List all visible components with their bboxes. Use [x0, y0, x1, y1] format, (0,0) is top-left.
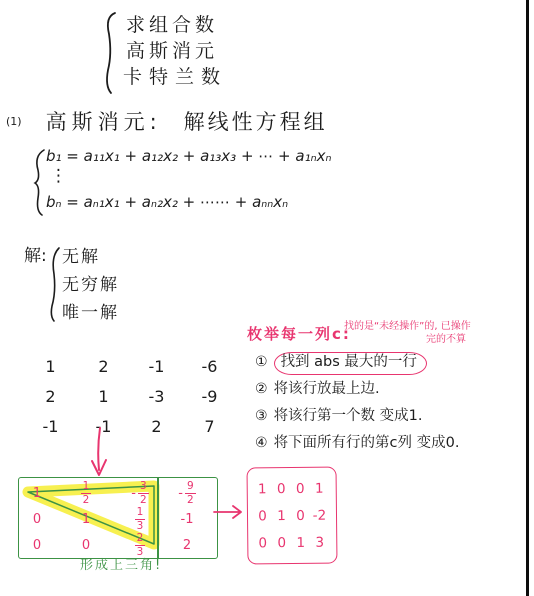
step-3: ③将该行第一个数 变成1. [255, 403, 459, 430]
solution-item: 无穷解 [62, 271, 119, 299]
matrix-cell: 2 [24, 381, 77, 411]
matrix-cell: 0 [291, 502, 310, 529]
matrix-cell: 1 [19, 480, 55, 506]
matrix-cell: 1 [272, 502, 291, 529]
matrix-cell: -1 [24, 411, 77, 441]
matrix-row: -1-127 [24, 411, 236, 441]
matrix-cell: 0 [272, 529, 291, 556]
matrix-cell: 2 [130, 411, 183, 441]
step-3-marker: ③ [255, 408, 268, 424]
matrix-cell: -2 [310, 502, 329, 529]
matrix-cell: 1 [77, 381, 130, 411]
topic-list: 求组合数 高斯消元 卡特兰数 [126, 12, 227, 90]
matrix-cell: 2 [77, 351, 130, 381]
matrix-cell: -3 [130, 381, 183, 411]
vertical-dots: ⋮ [50, 166, 67, 186]
matrix-cell: 3 [310, 529, 329, 556]
note-line-2: 完的不算 [426, 333, 471, 346]
step-4-text: 将下面所有行的第c列 变成0. [274, 435, 460, 451]
matrix-cell: -6 [183, 351, 236, 381]
matrix-original: 12-1-621-3-9-1-127 [24, 351, 236, 441]
step-4-marker: ④ [255, 435, 268, 451]
matrix-cell: -92 [163, 480, 211, 506]
solution-list: 无解 无穷解 唯一解 [62, 243, 119, 327]
procedure-note: 找的是“未经操作”的, 已操作 完的不算 [344, 320, 471, 346]
step-1: ①找到 abs 最大的一行 [255, 349, 459, 376]
equation-line-2: bₙ = aₙ₁x₁ + aₙ₂x₂ + ⋯⋯ + aₙₙxₙ [46, 193, 331, 211]
rref-matrix-box: 1001010-20013 [246, 467, 337, 565]
step-4: ④将下面所有行的第c列 变成0. [255, 430, 459, 457]
matrix-row: 0013 [253, 529, 329, 557]
matrix-row: 010-2 [253, 502, 329, 530]
matrix-row: 21-3-9 [24, 381, 236, 411]
matrix-cell: 12 [55, 480, 117, 506]
brace-solutions [47, 246, 63, 324]
matrix-cell: 0 [291, 475, 310, 502]
matrix-cell: 1 [291, 529, 310, 556]
matrix-row: 0113-1 [19, 506, 217, 532]
section-title: 高斯消元: [46, 106, 162, 136]
procedure-steps: ①找到 abs 最大的一行 ②将该行放最上边. ③将该行第一个数 变成1. ④将… [255, 349, 459, 457]
matrix-rref: 1001010-20013 [253, 475, 330, 557]
matrix-cell: -1 [163, 506, 211, 532]
matrix-cell: 2 [163, 532, 211, 558]
matrix-cell: 0 [253, 502, 272, 529]
matrix-row: 12-1-6 [24, 351, 236, 381]
triangular-matrix-box: 112-32-920113-100232 [18, 477, 218, 559]
matrix-cell: -1 [130, 351, 183, 381]
matrix-triangular: 112-32-920113-100232 [19, 480, 217, 558]
matrix-cell: 1 [55, 506, 117, 532]
matrix-cell: 0 [272, 475, 291, 502]
solution-item: 唯一解 [62, 299, 119, 327]
matrix-cell: -9 [183, 381, 236, 411]
matrix-cell: 0 [19, 506, 55, 532]
matrix-cell: 7 [183, 411, 236, 441]
topic-item: 卡特兰数 [123, 64, 227, 90]
equation-line-1: b₁ = a₁₁x₁ + a₁₂x₂ + a₁₃x₃ + ⋯ + a₁ₙxₙ [46, 147, 331, 165]
solution-item: 无解 [62, 243, 119, 271]
step-2-text: 将该行放最上边. [274, 381, 380, 397]
step-2-marker: ② [255, 381, 268, 397]
brace-topic-list [101, 10, 121, 96]
step-3-text: 将该行第一个数 变成1. [274, 408, 423, 424]
topic-item: 高斯消元 [126, 38, 227, 64]
step-2: ②将该行放最上边. [255, 376, 459, 403]
triangular-caption: 形成上三角! [80, 554, 162, 573]
step-1-highlight-oval: 找到 abs 最大的一行 [274, 352, 427, 375]
topic-item: 求组合数 [126, 12, 227, 38]
arrow-right-icon [213, 503, 245, 521]
page-edge-divider [526, 0, 529, 596]
step-1-text: 找到 abs 最大的一行 [281, 354, 417, 370]
matrix-cell: 0 [253, 529, 272, 556]
step-1-marker: ① [255, 354, 268, 370]
equation-system: b₁ = a₁₁x₁ + a₁₂x₂ + a₁₃x₃ + ⋯ + a₁ₙxₙ b… [46, 147, 331, 211]
matrix-cell: 0 [19, 532, 55, 558]
section-subtitle: 解线性方程组 [184, 106, 328, 136]
matrix-row: 1001 [253, 475, 329, 503]
matrix-cell: 13 [117, 506, 163, 532]
matrix-cell: 1 [310, 475, 329, 502]
matrix-cell: 1 [253, 475, 272, 502]
matrix-cell: -32 [117, 480, 163, 506]
procedure-heading: 枚举每一列c: [247, 323, 351, 344]
solution-label: 解: [24, 241, 47, 266]
note-line-1: 找的是“未经操作”的, 已操作 [344, 320, 471, 333]
matrix-row: 112-32-92 [19, 480, 217, 506]
matrix-cell: 1 [24, 351, 77, 381]
section-index: (1) [6, 115, 22, 128]
section-heading: (1) 高斯消元: 解线性方程组 [6, 106, 328, 136]
arrow-down-icon [88, 427, 112, 481]
